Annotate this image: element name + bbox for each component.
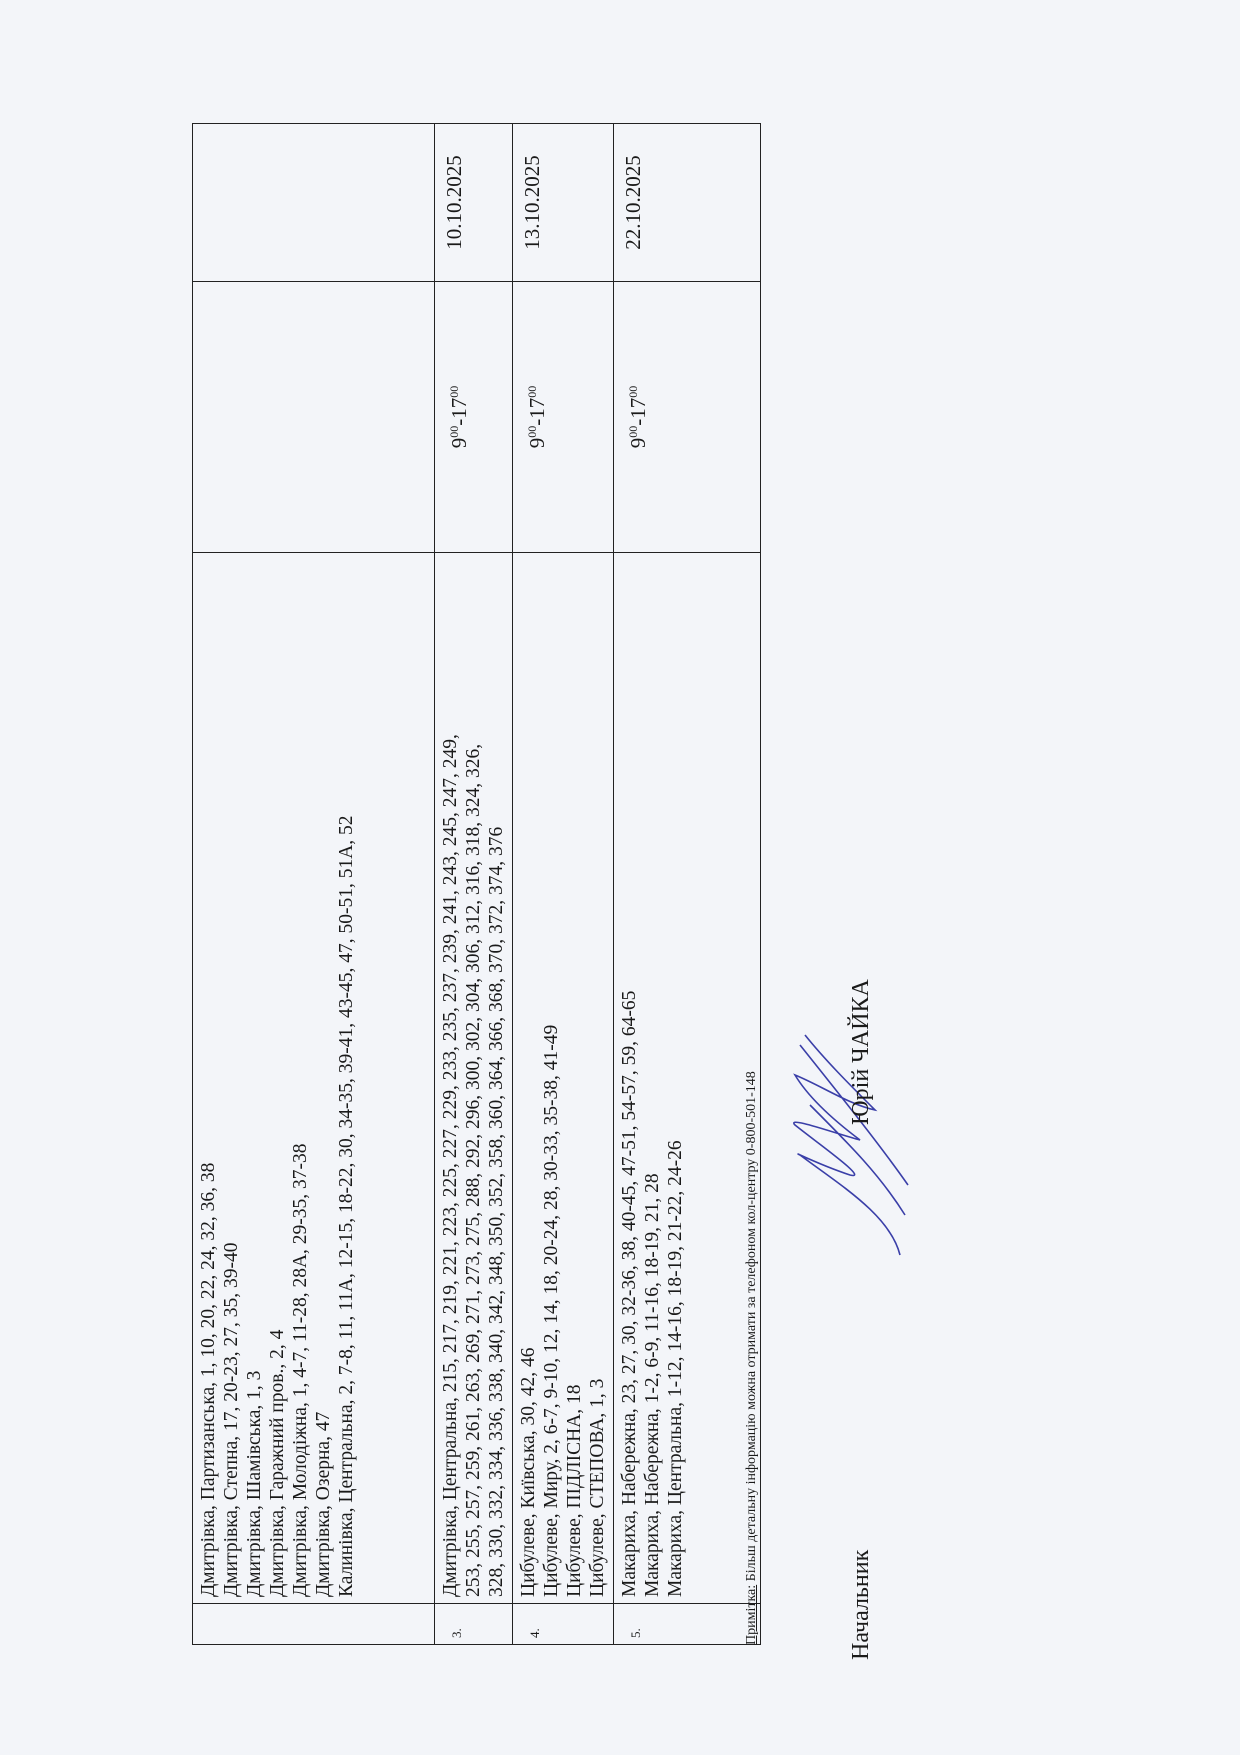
row-number: 3.: [435, 1604, 513, 1645]
address-list: Макариха, Набережна, 23, 27, 30, 32-36, …: [614, 553, 761, 1604]
row-number: [193, 1604, 435, 1645]
outage-date: [193, 124, 435, 282]
outage-date: 10.10.2025: [435, 124, 513, 282]
time-end-minutes: 00: [447, 386, 461, 398]
address-line: Цибулеве, Миру, 2, 6-7, 9-10, 12, 14, 18…: [540, 559, 563, 1597]
outage-time: 900-1700: [614, 282, 761, 553]
time-end-minutes: 00: [626, 386, 640, 398]
outage-time: [193, 282, 435, 553]
table-row: Дмитрівка, Партизанська, 1, 10, 20, 22, …: [193, 124, 435, 1645]
time-start-minutes: 00: [447, 426, 461, 438]
row-number: 4.: [513, 1604, 614, 1645]
address-line: Макариха, Набережна, 23, 27, 30, 32-36, …: [618, 559, 641, 1597]
address-list: Дмитрівка, Центральна, 215, 217, 219, 22…: [435, 553, 513, 1604]
outage-date: 13.10.2025: [513, 124, 614, 282]
document-page: Дмитрівка, Партизанська, 1, 10, 20, 22, …: [0, 0, 1240, 1755]
address-line: Цибулеве, СТЕПОВА, 1, 3: [586, 559, 609, 1597]
table-row: 4.Цибулеве, Київська, 30, 42, 46Цибулеве…: [513, 124, 614, 1645]
time-end: 17: [525, 398, 549, 419]
row-number: 5.: [614, 1604, 761, 1645]
time-start-minutes: 00: [626, 426, 640, 438]
address-line: Цибулеве, Київська, 30, 42, 46: [517, 559, 540, 1597]
outage-time: 900-1700: [435, 282, 513, 553]
time-start-minutes: 00: [525, 426, 539, 438]
signatory-title: Начальник: [848, 1550, 875, 1660]
address-line: Калинівка, Центральна, 2, 7-8, 11, 11А, …: [335, 559, 358, 1597]
table-row: 3.Дмитрівка, Центральна, 215, 217, 219, …: [435, 124, 513, 1645]
address-list: Цибулеве, Київська, 30, 42, 46Цибулеве, …: [513, 553, 614, 1604]
time-start: 9: [447, 438, 471, 449]
outage-time: 900-1700: [513, 282, 614, 553]
time-end: 17: [626, 398, 650, 419]
address-line: Макариха, Центральна, 1-12, 14-16, 18-19…: [664, 559, 687, 1597]
footnote: Примітка: Більш детальну інформацію можн…: [744, 1071, 760, 1645]
footnote-label: Примітка:: [744, 1585, 759, 1645]
address-line: 328, 330, 332, 334, 336, 338, 340, 342, …: [485, 559, 508, 1597]
address-line: Дмитрівка, Центральна, 215, 217, 219, 22…: [439, 559, 462, 1597]
address-line: Макариха, Набережна, 1-2, 6-9, 11-16, 18…: [641, 559, 664, 1597]
address-line: Дмитрівка, Озерна, 47: [312, 559, 335, 1597]
time-end-minutes: 00: [525, 386, 539, 398]
address-line: Дмитрівка, Молодіжна, 1, 4-7, 11-28, 28А…: [289, 559, 312, 1597]
signatory-name: Юрій ЧАЙКА: [848, 979, 875, 1125]
outage-date: 22.10.2025: [614, 124, 761, 282]
address-line: Дмитрівка, Шамівська, 1, 3: [243, 559, 266, 1597]
address-line: Дмитрівка, Гаражний пров., 2, 4: [266, 559, 289, 1597]
time-start: 9: [525, 438, 549, 449]
address-line: Дмитрівка, Степна, 17, 20-23, 27, 35, 39…: [220, 559, 243, 1597]
footnote-text: Більш детальну інформацію можна отримати…: [744, 1071, 759, 1585]
time-start: 9: [626, 438, 650, 449]
table-row: 5.Макариха, Набережна, 23, 27, 30, 32-36…: [614, 124, 761, 1645]
address-line: 253, 255, 257, 259, 261, 263, 269, 271, …: [462, 559, 485, 1597]
address-line: Дмитрівка, Партизанська, 1, 10, 20, 22, …: [197, 559, 220, 1597]
time-end: 17: [447, 398, 471, 419]
address-line: Цибулеве, ПІДЛІСНА, 18: [563, 559, 586, 1597]
outage-schedule-table: Дмитрівка, Партизанська, 1, 10, 20, 22, …: [192, 123, 761, 1645]
address-list: Дмитрівка, Партизанська, 1, 10, 20, 22, …: [193, 553, 435, 1604]
